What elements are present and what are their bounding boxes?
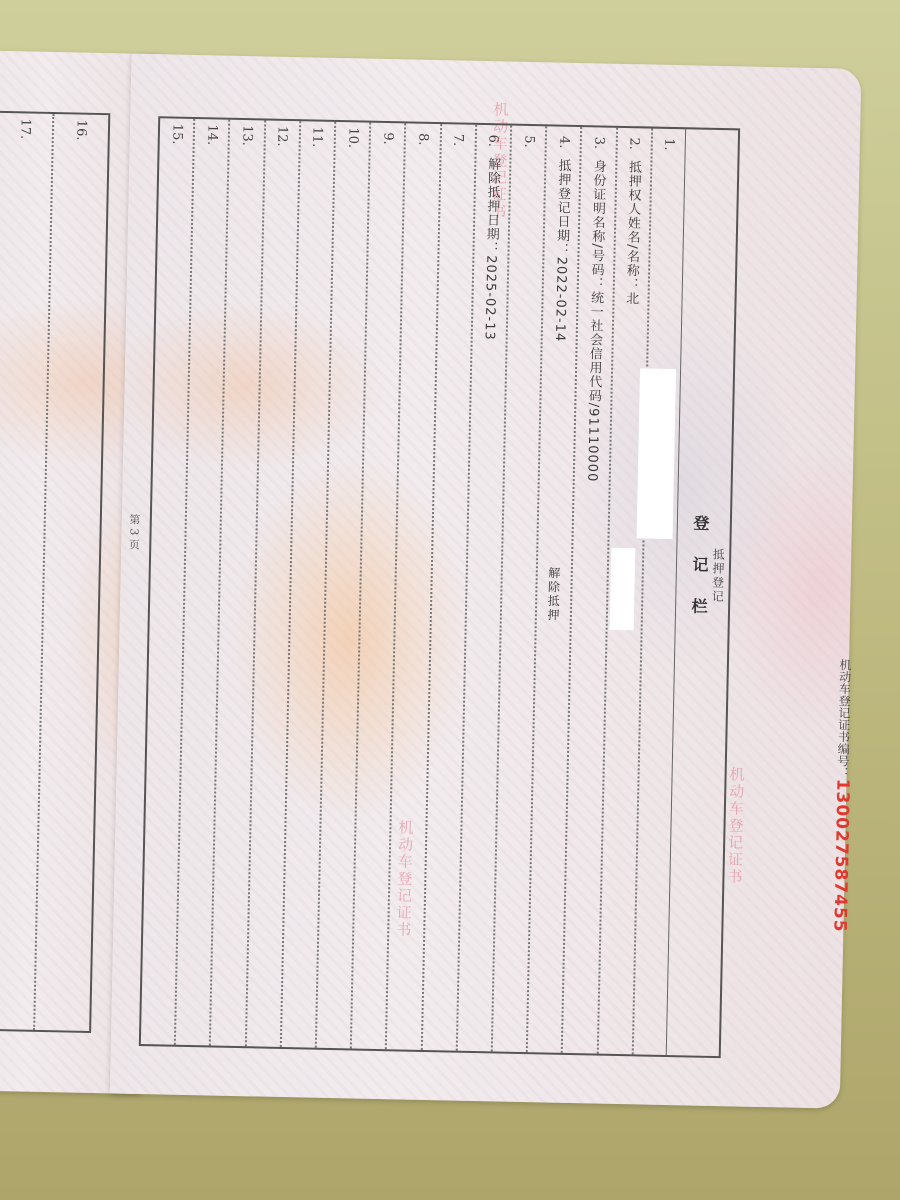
row-number: 9. (380, 132, 395, 145)
page-number: 第 3 页 (125, 514, 142, 550)
row-number: 3. (591, 137, 606, 150)
row-number: 15. (169, 124, 184, 145)
mortgagee-name: 抵押权人姓名/名称：北 (621, 160, 643, 306)
mortgage-date: 抵押登记日期：2022-02-14 (550, 158, 573, 342)
watermark: 机动车登记证书 (724, 766, 747, 885)
row-number: 2. (626, 137, 641, 150)
mortgage-registration-label: 抵押登记 (709, 548, 727, 604)
certificate-booklet: 16. 17. 登 记 栏 机动车登记证书 机动车登记证书 机动车登记证书 第 … (0, 50, 900, 1169)
row-number: 5. (521, 135, 536, 148)
row-number: 8. (415, 133, 430, 146)
row-number: 6. (486, 134, 501, 147)
row-number: 14. (204, 124, 219, 145)
row-number: 17. (17, 118, 32, 139)
register-frame: 登 记 栏 抵押登记 1. 2.抵押权人姓名/名称：北 3.身份证明名称/号码：… (139, 116, 740, 1058)
row-number: 4. (556, 136, 571, 149)
redaction-block (610, 548, 636, 630)
row-number: 12. (274, 126, 289, 147)
certificate-number-label: 机动车登记证书编号： (836, 659, 853, 779)
left-register-frame: 16. 17. 登 记 栏 (0, 110, 110, 1033)
row-number: 13. (239, 125, 254, 146)
row-number: 11. (310, 127, 325, 148)
release-date: 解除抵押日期：2025-02-13 (480, 157, 503, 341)
row-number: 10. (345, 127, 360, 148)
release-mortgage-label: 解除抵押 (545, 566, 563, 622)
section-title: 登 记 栏 (687, 514, 712, 624)
row-number: 1. (662, 138, 677, 151)
certificate-number: 130027587455 (829, 778, 852, 932)
redaction-block (637, 368, 677, 539)
row-number: 16. (73, 120, 88, 141)
right-page: 机动车登记证书 机动车登记证书 机动车登记证书 第 3 页 登 记 栏 抵押登记… (110, 54, 862, 1109)
id-document: 身份证明名称/号码：统一社会信用代码/91110000 (582, 159, 608, 482)
row-number: 7. (450, 134, 465, 147)
certificate-number-field: 机动车登记证书编号：130027587455 (829, 658, 855, 932)
